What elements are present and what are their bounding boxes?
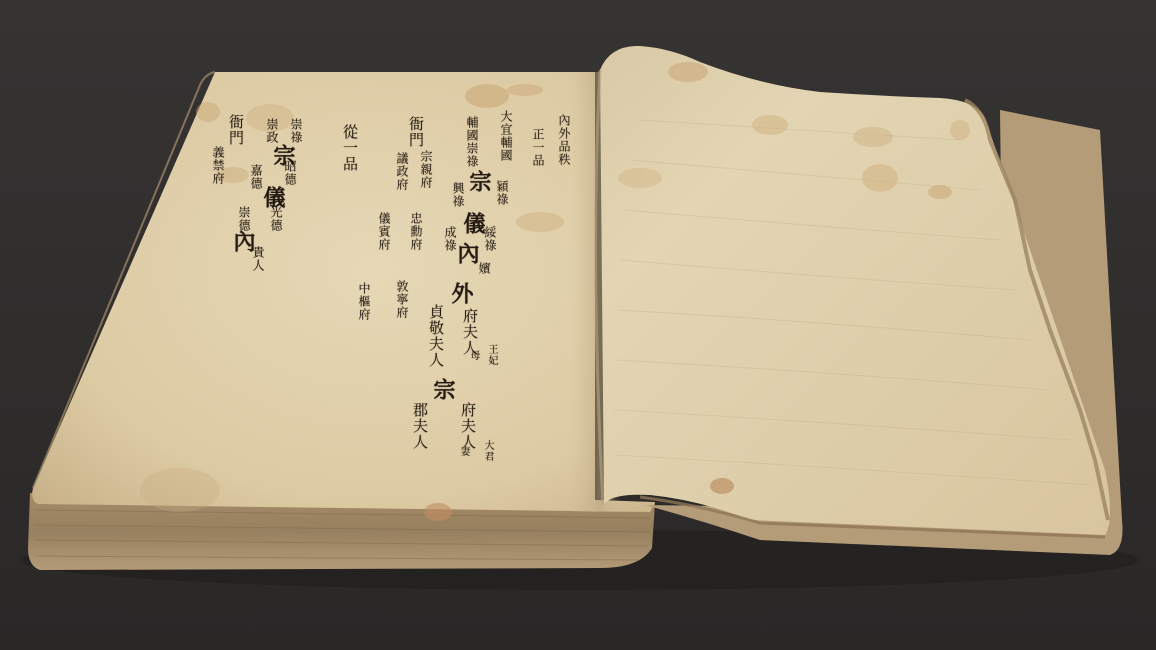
text-column-wai: 外: [450, 282, 472, 305]
text-column: 府夫人: [462, 308, 477, 356]
text-column: 忠勳府: [410, 212, 422, 251]
text-column: 郡夫人: [412, 402, 427, 450]
text-column: 崇祿: [290, 118, 302, 144]
text-column: 王妃: [486, 344, 496, 366]
text-column: 大君: [482, 440, 492, 462]
text-column: 興祿: [452, 182, 464, 208]
text-column: 穎祿: [496, 180, 508, 206]
rank-second-first-grade: 從一品: [342, 124, 357, 172]
text-column: 貴人: [252, 246, 264, 272]
book-photo-scene: [0, 0, 1156, 650]
text-column-yi: 儀: [462, 212, 484, 235]
text-column: 儀賓府: [378, 212, 390, 251]
text-column: 貞敬夫人: [428, 304, 443, 368]
text-column: 大宜輔國: [500, 110, 512, 162]
text-column: 嬪: [478, 262, 490, 275]
text-column: 府夫人: [460, 402, 475, 450]
text-column: 妻: [458, 446, 468, 457]
heading-inner-outer-ranks: 內外品秩: [558, 114, 570, 166]
text-column: 母: [468, 350, 478, 361]
text-column-office-2: 衙門: [228, 114, 243, 146]
text-column: 議政府: [396, 152, 408, 191]
rank-first-grade: 正一品: [532, 128, 544, 167]
text-column: 光德: [270, 206, 282, 232]
text-column: 崇德: [238, 206, 250, 232]
text-column: 宗親府: [420, 150, 432, 189]
text-column-zong: 宗: [468, 170, 490, 193]
text-column: 中樞府: [358, 282, 370, 321]
text-column: 敦寧府: [396, 280, 408, 319]
text-column-zong-2: 宗: [432, 378, 454, 401]
text-column-office: 衙門: [408, 116, 423, 148]
text-column: 義禁府: [212, 146, 224, 185]
text-column: 綏祿: [484, 226, 496, 252]
text-column: 崇政: [266, 118, 278, 144]
text-column-nei: 內: [456, 242, 478, 265]
text-column: 輔國崇祿: [466, 116, 478, 168]
text-column: 昭德: [284, 160, 296, 186]
